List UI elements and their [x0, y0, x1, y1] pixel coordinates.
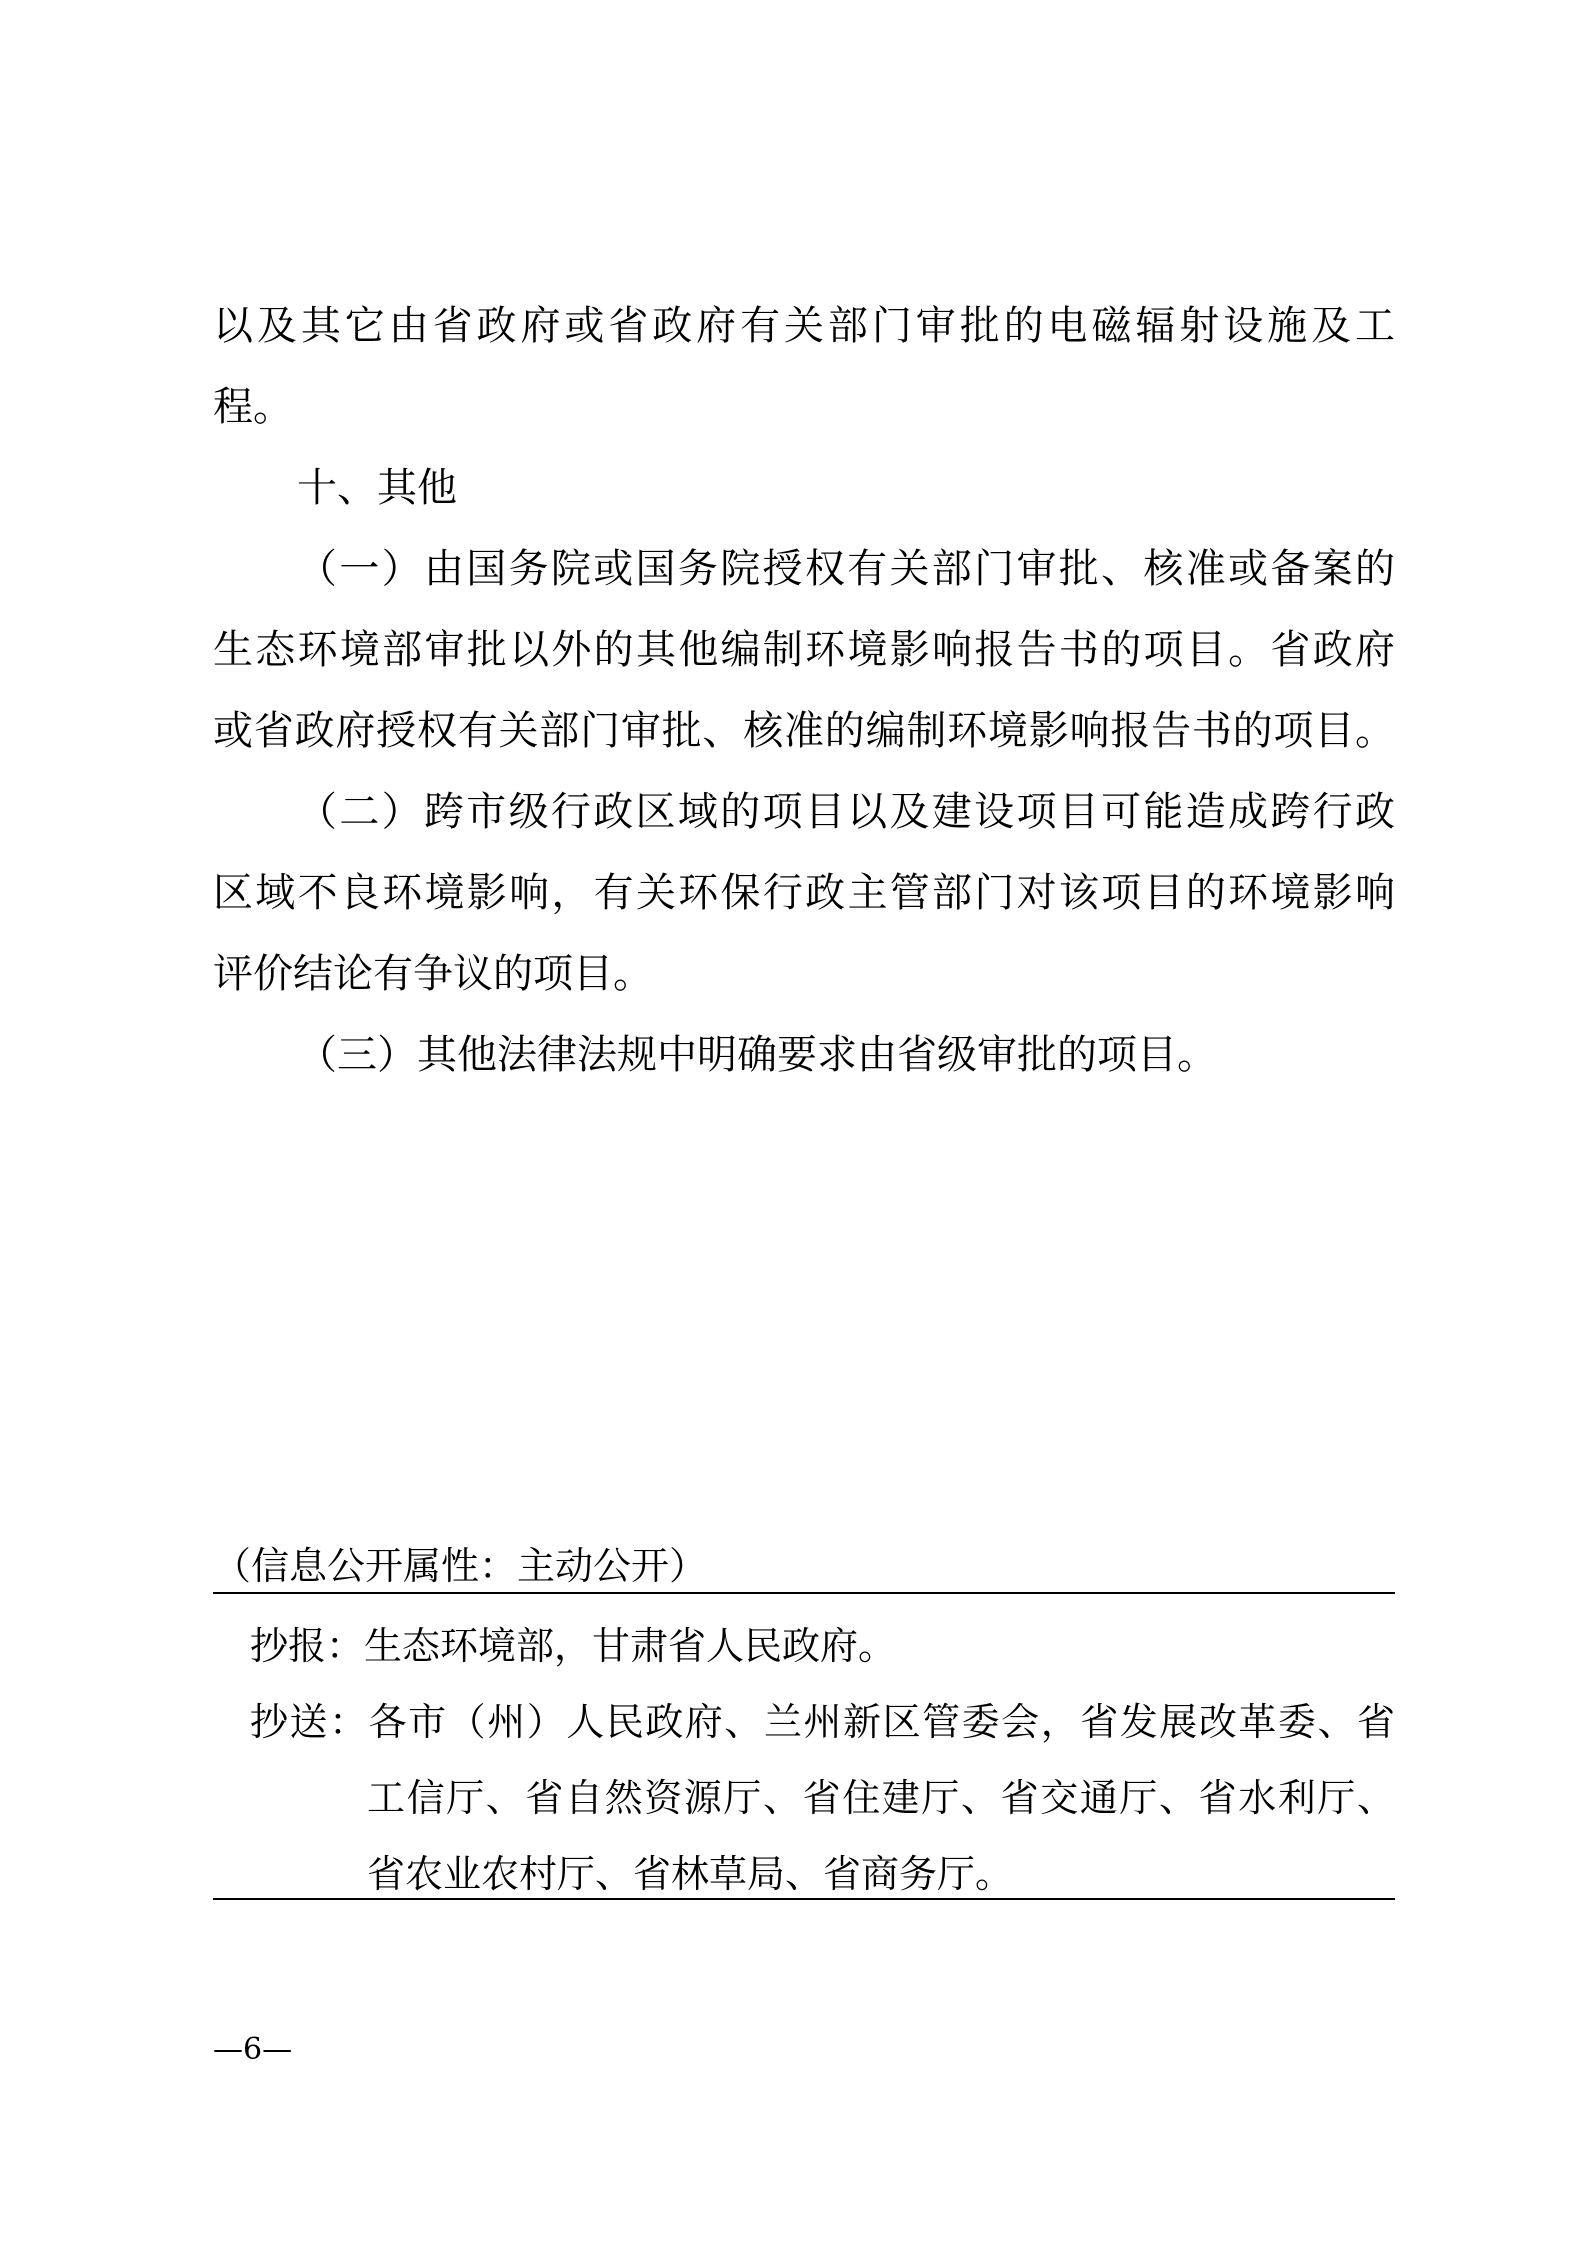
footer-top-rule: [213, 1592, 1395, 1594]
copy-to-line-3: 省农业农村厅、省林草局、省商务厅。: [367, 1850, 1395, 1898]
body-line-1: 以及其它由省政府或省政府有关部门审批的电磁辐射设施及工: [213, 302, 1395, 350]
section-heading-other: 十、其他: [297, 464, 1395, 512]
page-number: —6—: [213, 2032, 292, 2068]
item-1-line-3: 或省政府授权有关部门审批、核准的编制环境影响报告书的项目。: [213, 707, 1395, 755]
disclosure-attribute: （信息公开属性：主动公开）: [213, 1542, 1395, 1590]
item-3-line-1: （三）其他法律法规中明确要求由省级审批的项目。: [297, 1031, 1395, 1079]
copy-to-line-1: 抄送：各市（州）人民政府、兰州新区管委会，省发展改革委、省: [250, 1698, 1395, 1746]
copy-to-line-2: 工信厅、省自然资源厅、省住建厅、省交通厅、省水利厅、: [367, 1774, 1395, 1822]
footer-bottom-rule: [213, 1898, 1395, 1900]
item-2-line-1: （二）跨市级行政区域的项目以及建设项目可能造成跨行政: [297, 788, 1395, 836]
item-1-line-2: 生态环境部审批以外的其他编制环境影响报告书的项目。省政府: [213, 626, 1395, 674]
item-2-line-3: 评价结论有争议的项目。: [213, 950, 1395, 998]
item-1-line-1: （一）由国务院或国务院授权有关部门审批、核准或备案的: [297, 545, 1395, 593]
body-line-2: 程。: [213, 383, 1395, 431]
item-2-line-2: 区域不良环境影响，有关环保行政主管部门对该项目的环境影响: [213, 869, 1395, 917]
report-to: 抄报：生态环境部，甘肃省人民政府。: [250, 1622, 1395, 1670]
